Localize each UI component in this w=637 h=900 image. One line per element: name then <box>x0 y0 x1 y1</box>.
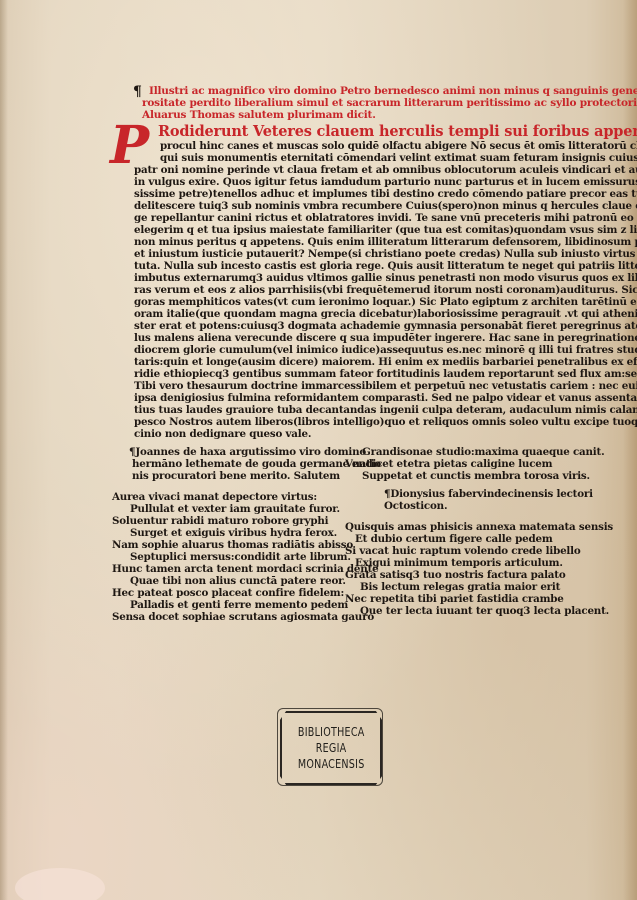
manuscript-page: ¶ Illustri ac magnifico viro domino Petr… <box>0 0 637 900</box>
verse-line: Surget et exiguis viribus hydra ferox. <box>130 527 337 539</box>
body-line: pesco Nostros autem liberos(libros intel… <box>134 416 637 428</box>
verse-line: Hec pateat posco placeat confire fidelem… <box>112 587 344 599</box>
verse-line: Exigui minimum temporis articulum. <box>355 557 563 569</box>
verse-line: Quisquis amas phisicis annexa matemata s… <box>345 521 613 533</box>
verse-line: Soluentur rabidi maturo robore gryphi <box>112 515 328 527</box>
verse-line: Grandisonae studio:maxima quaeque canit. <box>362 446 604 458</box>
dedication-line: ¶Joannes de haxa argutissimo viro domino <box>129 446 366 458</box>
verse-line: Bis lectum relegas gratia maior erit <box>360 581 560 593</box>
page-gutter-shadow <box>0 0 8 900</box>
body-line: ster erat et potens:cuiusq3 dogmata acha… <box>134 320 637 332</box>
body-line: qui suis monumentis eternitati cōmendari… <box>160 152 637 164</box>
body-line: tius tuas laudes grauiore tuba decantand… <box>134 404 637 416</box>
body-line: ge repellantur canini rictus et oblatrat… <box>134 212 637 224</box>
body-line: non minus peritus q appetens. Quis enim … <box>134 236 637 248</box>
verse-line: Si vacat huic raptum volendo crede libel… <box>345 545 581 557</box>
verse-line: Vendicet etetra pietas caligine lucem <box>345 458 552 470</box>
body-line: ipsa denigiosius fulmina reformidantem c… <box>134 392 637 404</box>
body-line: procul hinc canes et muscas solo quidē o… <box>160 140 637 152</box>
body-line: in vulgus exire. Quos igitur fetus iamdu… <box>134 176 637 188</box>
stamp-line: MONACENSIS <box>298 756 365 772</box>
dedication-line: nis procuratori bene merito. Salutem <box>132 470 340 482</box>
body-line: imbutus externarumq3 auidus vltimos gall… <box>134 272 637 284</box>
library-stamp: BIBLIOTHECA REGIA MONACENSIS <box>280 711 382 785</box>
body-line: tuta. Nulla sub incesto castis est glori… <box>134 260 637 272</box>
dedication-line: ¶Dionysius fabervindecinensis lectori <box>384 488 593 500</box>
body-line: ras verum et eos z alios parrhisiis(vbi … <box>134 284 637 296</box>
pilcrow-icon: ¶ <box>133 84 142 100</box>
body-line: sissime petre)tenellos adhuc et implumes… <box>134 188 637 200</box>
heading-line: Rodiderunt Veteres clauem herculis templ… <box>158 123 637 140</box>
body-line: goras memphiticos vates(vt cum ieronimo … <box>134 296 637 308</box>
stamp-line: REGIA <box>316 740 347 756</box>
body-line: ridie ethiopiecq3 gentibus summam fateor… <box>134 368 637 380</box>
body-line: diocrem glorie cumulum(vel inimico iudic… <box>134 344 637 356</box>
rubric-line: rositate perdito liberalium simul et sac… <box>142 97 637 109</box>
verse-line: Quae tibi non alius cunctā patere reor. <box>130 575 346 587</box>
body-line: delitescere tuiq3 sub nominis vmbra recu… <box>134 200 637 212</box>
verse-line: Hunc tamen arcta tenent mordaci scrinia … <box>112 563 378 575</box>
verse-line: Et dubio certum figere calle pedem <box>355 533 553 545</box>
verse-line: Septuplici mersus:condidit arte librum. <box>130 551 351 563</box>
body-line: oram italie(que quondam magna grecia dic… <box>134 308 637 320</box>
verse-line: Nam sophie aluarus thomas radiātis abiss… <box>112 539 353 551</box>
body-line: elegerim q et tua ipsius maiestate famil… <box>134 224 637 236</box>
verse-line: Que ter lecta iuuant ter quoq3 lecta pla… <box>360 605 609 617</box>
body-line: patr oni nomine perinde vt claua fretam … <box>134 164 637 176</box>
body-line: Tibi vero thesaurum doctrine immarcessib… <box>134 380 637 392</box>
rubric-line: Illustri ac magnifico viro domino Petro … <box>149 85 637 97</box>
body-line: lus malens aliena verecunde discere q su… <box>134 332 637 344</box>
verse-line: Suppetat et cunctis membra torosa viris. <box>362 470 590 482</box>
verse-line: Sensa docet sophiae scrutans agiosmata g… <box>112 611 374 623</box>
verse-line: Palladis et genti ferre memento pedem <box>130 599 348 611</box>
dedication-text: Joannes de haxa argutissimo viro domino <box>135 446 366 458</box>
dedication-line: Octosticon. <box>384 500 447 512</box>
body-line: et iniustum iusticie putauerit? Nempe(si… <box>134 248 637 260</box>
verse-line: Nec repetita tibi pariet fastidia crambe <box>345 593 564 605</box>
rubric-line: Aluarus Thomas salutem plurimam dicit. <box>142 109 376 121</box>
body-line: cinio non dedignare queso vale. <box>134 428 311 440</box>
stamp-line: BIBLIOTHECA <box>298 724 365 740</box>
dedication-text: Dionysius fabervindecinensis lectori <box>390 488 592 500</box>
verse-line: Grata satisq3 tuo nostris factura palato <box>345 569 565 581</box>
verse-line: Aurea vivaci manat depectore virtus: <box>112 491 317 503</box>
dedication-line: hermāno lethemate de gouda germane natio <box>132 458 381 470</box>
body-line: taris:quin et longe(ausim dicere) maiore… <box>134 356 637 368</box>
verse-line: Pullulat et vexter iam grauitate furor. <box>130 503 340 515</box>
paper-stain <box>15 868 105 900</box>
